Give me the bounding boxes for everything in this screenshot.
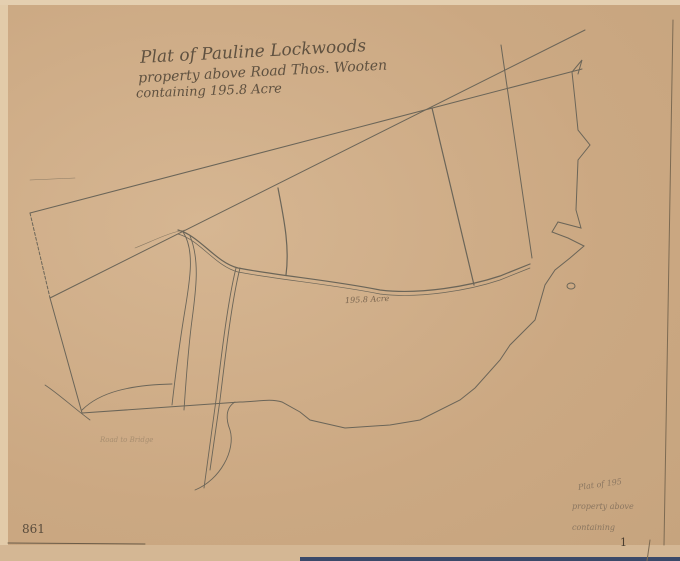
plat-drawing: [0, 0, 680, 561]
margin-note-2: property above: [572, 502, 634, 511]
margin-mark: 1: [620, 536, 627, 549]
faint-label: Road to Bridge: [100, 436, 153, 444]
boundary-line-top: [30, 69, 582, 213]
division-line-2: [501, 45, 532, 258]
map-sheet: Plat of Pauline Lockwoods property above…: [0, 0, 680, 561]
margin-line: [664, 20, 673, 545]
road: [178, 230, 530, 291]
margin-note-3: containing: [572, 523, 615, 532]
division-line-1: [432, 108, 474, 285]
sheet-number: 861: [22, 522, 45, 536]
